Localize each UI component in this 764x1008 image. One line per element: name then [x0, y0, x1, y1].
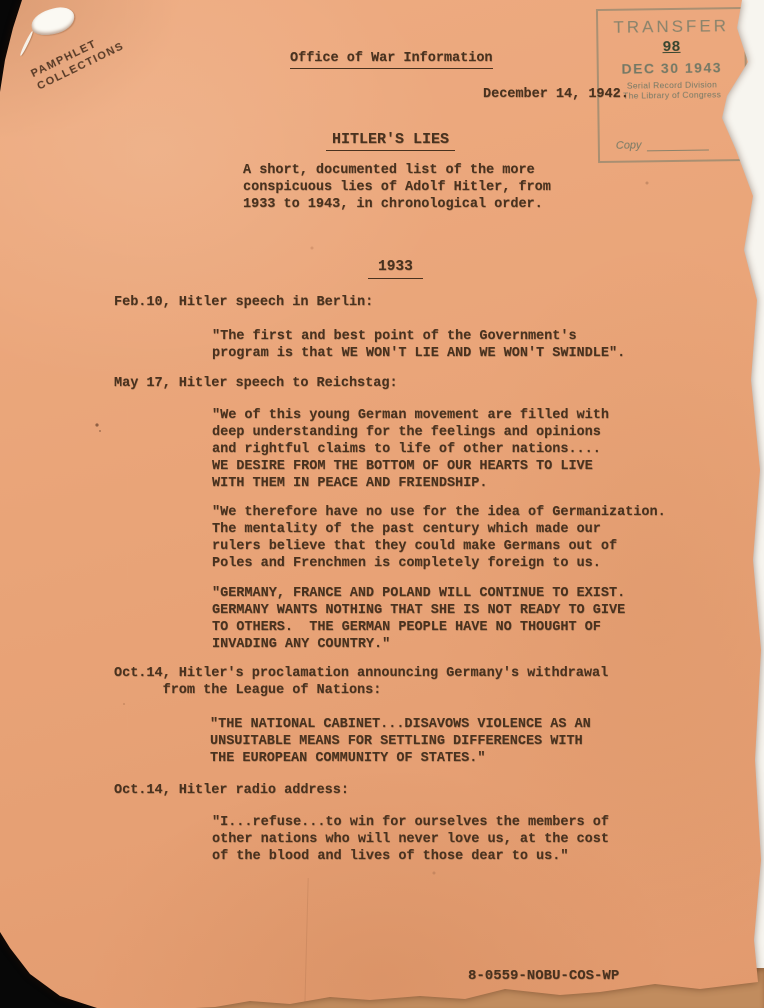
document-page: PAMPHLET COLLECTIONS TRANSFER 98 DEC 30 …: [0, 0, 764, 1008]
entry-may17-quote-3: "GERMANY, FRANCE AND POLAND WILL CONTINU…: [212, 585, 625, 653]
entry-oct14-proclamation-quote: "THE NATIONAL CABINET...DISAVOWS VIOLENC…: [210, 716, 591, 767]
entry-oct14-radio-label: Oct.14, Hitler radio address:: [114, 782, 349, 799]
transfer-stamp-number: 98: [598, 38, 744, 57]
entry-feb10-label: Feb.10, Hitler speech in Berlin:: [114, 294, 373, 311]
agency-title: Office of War Information: [290, 50, 493, 69]
document-subtitle: A short, documented list of the more con…: [243, 162, 551, 213]
footer-reference-code: 8-0559-NOBU-COS-WP: [468, 968, 619, 985]
transfer-stamp-date: DEC 30 1943: [599, 59, 745, 77]
scanned-document: PAMPHLET COLLECTIONS TRANSFER 98 DEC 30 …: [0, 0, 764, 1008]
entry-oct14-proclamation-label: Oct.14, Hitler's proclamation announcing…: [114, 665, 608, 699]
pamphlet-collections-stamp: PAMPHLET COLLECTIONS: [29, 27, 127, 94]
entry-feb10-quote: "The first and best point of the Governm…: [212, 328, 625, 362]
paper-crease: [304, 878, 308, 1008]
entry-may17-quote-2: "We therefore have no use for the idea o…: [212, 504, 666, 572]
transfer-stamp-copy-label: Copy: [616, 139, 642, 151]
page-title: HITLER'S LIES: [326, 131, 455, 151]
transfer-stamp: TRANSFER 98 DEC 30 1943 Serial Record Di…: [596, 7, 748, 163]
hole-punch: [28, 3, 77, 39]
entry-oct14-radio-quote: "I...refuse...to win for ourselves the m…: [212, 814, 609, 865]
entry-may17-quote-1: "We of this young German movement are fi…: [212, 407, 609, 492]
year-heading: 1933: [368, 259, 423, 279]
transfer-stamp-copy: Copy: [616, 138, 709, 151]
entry-may17-label: May 17, Hitler speech to Reichstag:: [114, 375, 398, 392]
transfer-stamp-title: TRANSFER: [598, 16, 744, 38]
transfer-stamp-copy-blank: [647, 149, 709, 151]
paper-specks: [0, 0, 2, 2]
document-date: December 14, 1942.: [483, 86, 629, 103]
paper-wrap: PAMPHLET COLLECTIONS TRANSFER 98 DEC 30 …: [0, 0, 764, 1008]
paper-tear-crack: [19, 31, 34, 57]
